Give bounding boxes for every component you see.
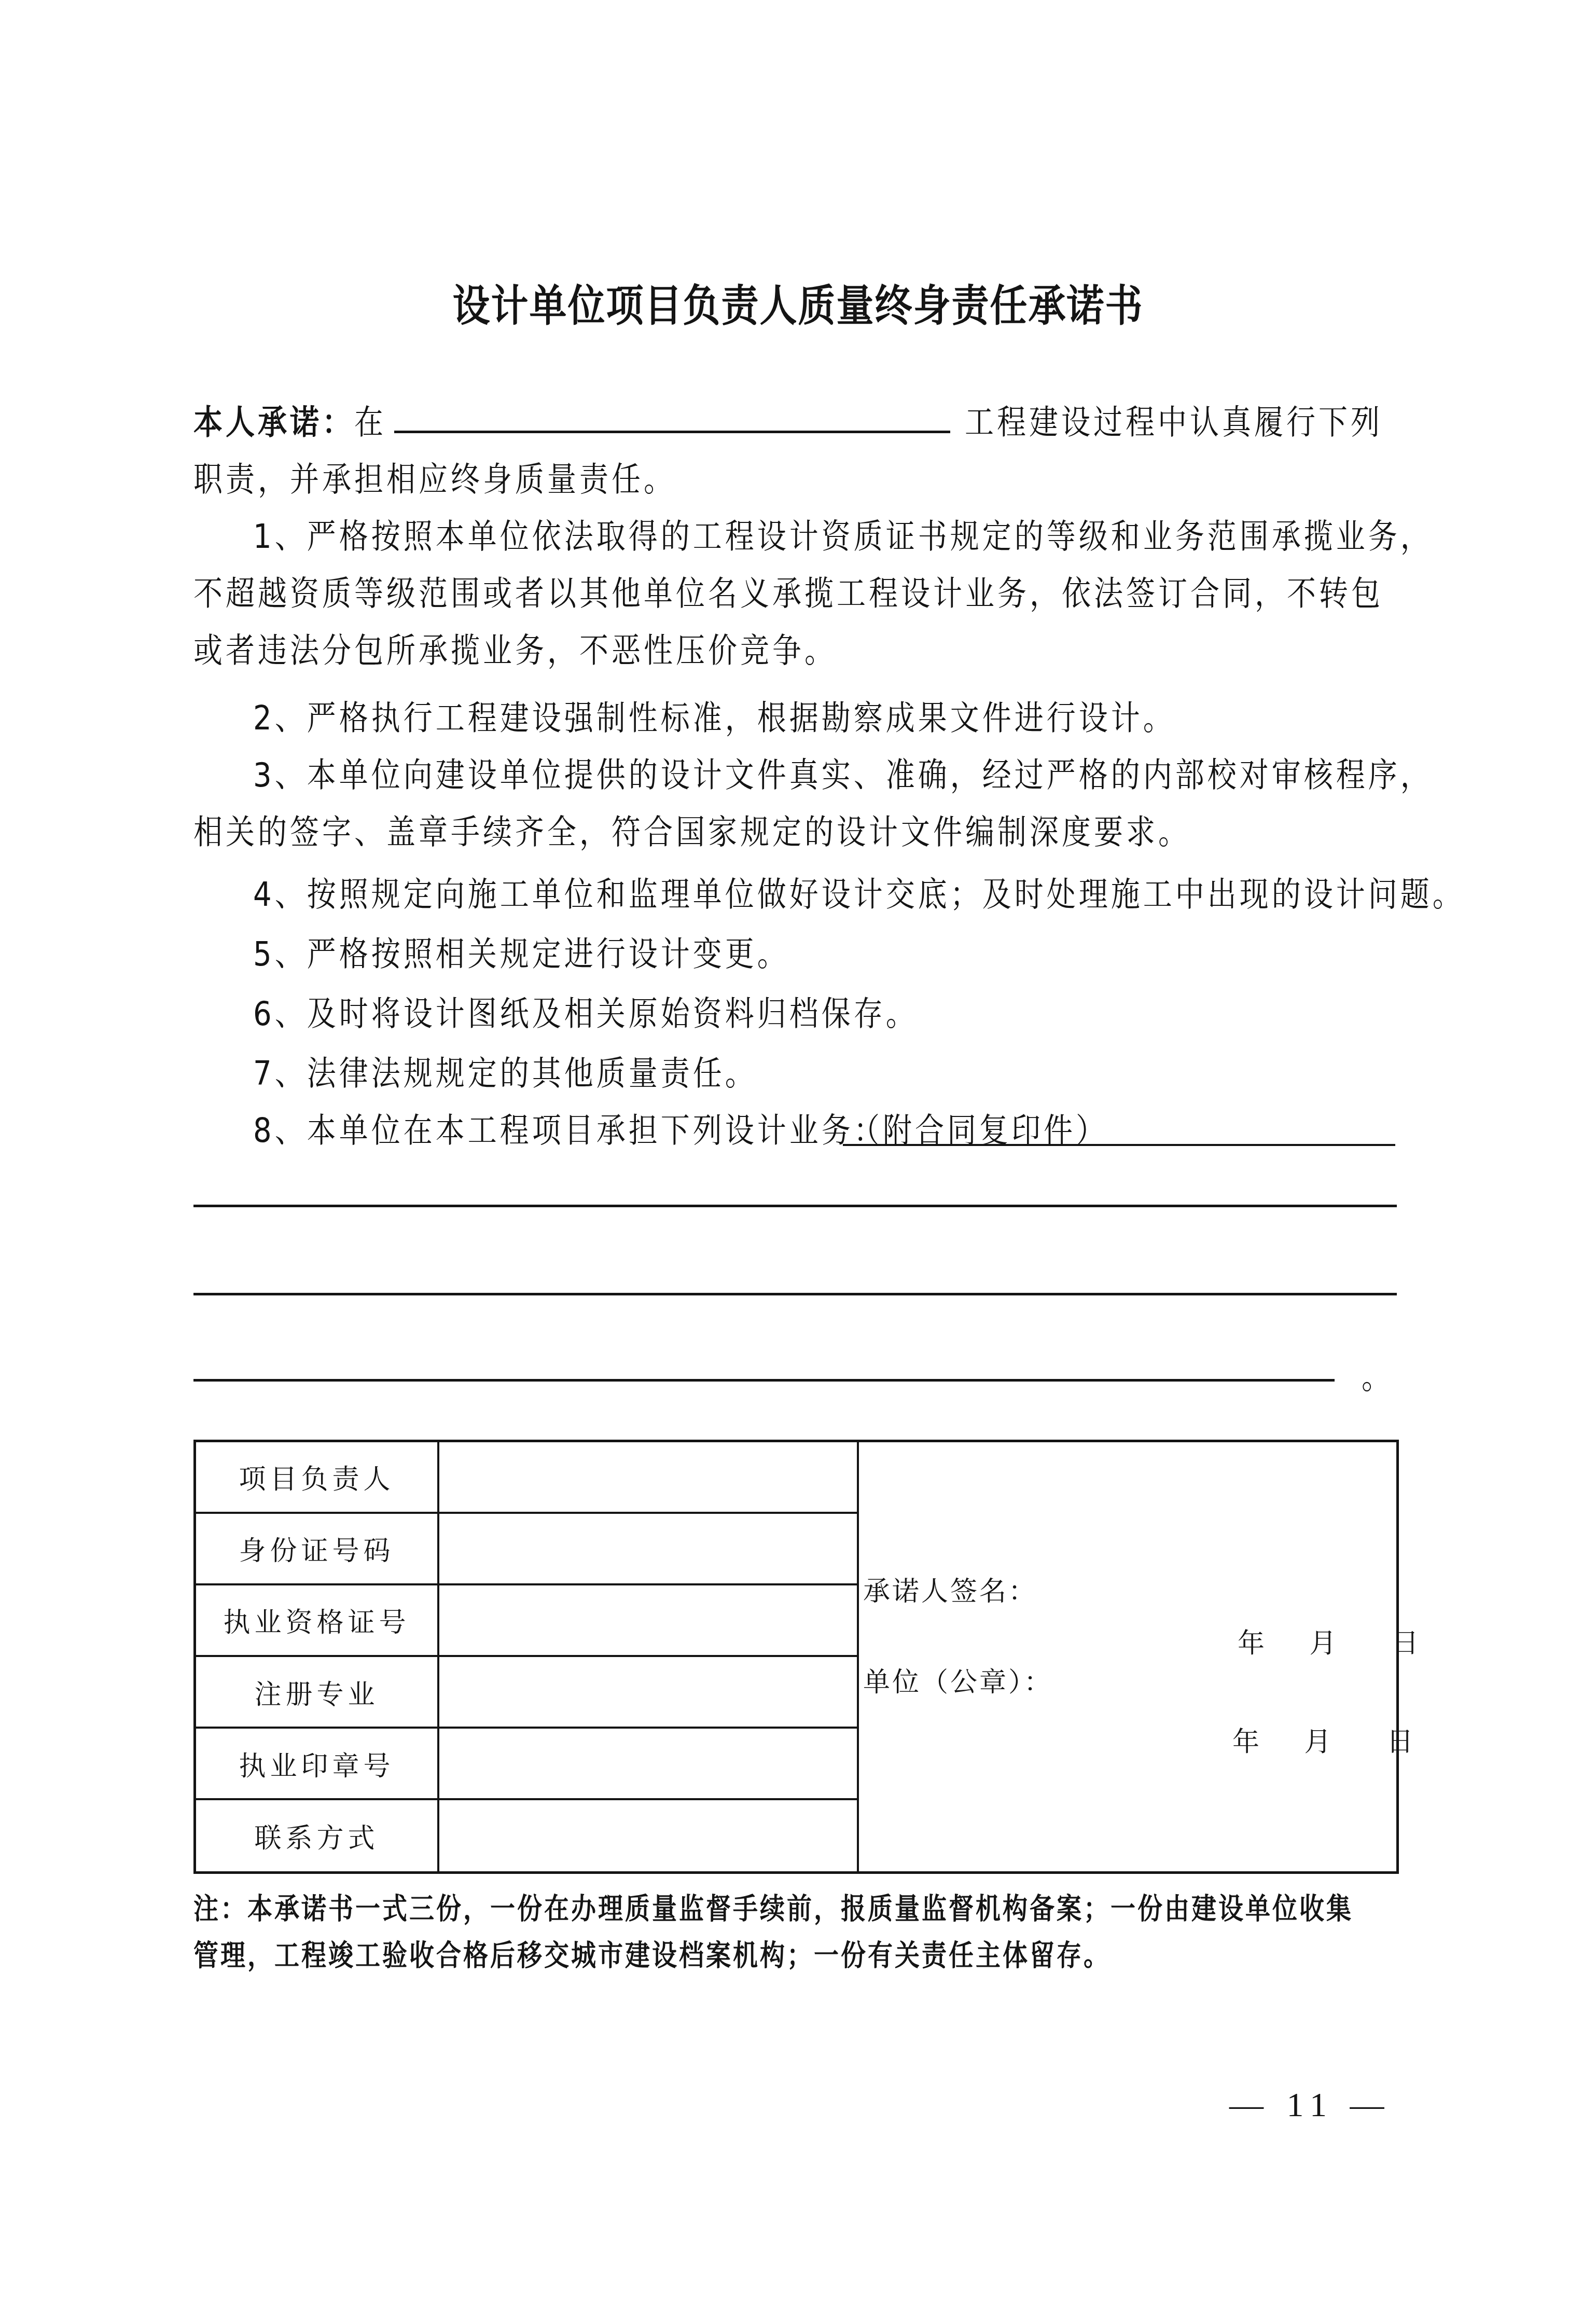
value-registered-specialty[interactable] bbox=[438, 1656, 858, 1728]
design-business-blank-4[interactable] bbox=[193, 1379, 1335, 1382]
blank-end-period: 。 bbox=[1362, 1357, 1394, 1399]
date-month: 月 bbox=[1310, 1621, 1337, 1660]
value-contact[interactable] bbox=[438, 1799, 858, 1872]
item-3-line-1: 3、本单位向建设单位提供的设计文件真实、准确，经过严格的内部校对审核程序， bbox=[253, 755, 1433, 797]
item-4-line-1: 4、按照规定向施工单位和监理单位做好设计交底；及时处理施工中出现的设计问题。 bbox=[253, 874, 1465, 916]
page-number: — 11 — bbox=[1229, 2086, 1392, 2125]
date-year: 年 bbox=[1232, 1720, 1259, 1759]
promiser-signature-date: 年 月 日 bbox=[1238, 1621, 1419, 1660]
table-row: 项目负责人 承诺人签名： 年 月 日 单位（公章）： 年 月 日 bbox=[195, 1441, 1398, 1513]
signature-cell[interactable]: 承诺人签名： 年 月 日 单位（公章）： 年 月 日 bbox=[858, 1441, 1398, 1873]
item-6-line-1: 6、及时将设计图纸及相关原始资料归档保存。 bbox=[253, 993, 918, 1036]
note-line-2: 管理，工程竣工验收合格后移交城市建设档案机构；一份有关责任主体留存。 bbox=[193, 1933, 1111, 1973]
promiser-signature-label: 承诺人签名： bbox=[863, 1569, 1037, 1608]
intro-suffix: 工程建设过程中认真履行下列 bbox=[965, 402, 1383, 444]
label-id-number: 身份证号码 bbox=[195, 1513, 439, 1584]
label-registered-specialty: 注册专业 bbox=[195, 1656, 439, 1728]
info-table: 项目负责人 承诺人签名： 年 月 日 单位（公章）： 年 月 日 身份证号码 bbox=[193, 1440, 1399, 1874]
unit-seal-label: 单位（公章）： bbox=[863, 1660, 1053, 1699]
label-practice-seal-number: 执业印章号 bbox=[195, 1728, 439, 1799]
date-day: 日 bbox=[1386, 1720, 1413, 1759]
item-8-line-1: 8、本单位在本工程项目承担下列设计业务： bbox=[253, 1110, 886, 1152]
note-line-1: 注：本承诺书一式三份，一份在办理质量监督手续前，报质量监督机构备案；一份由建设单… bbox=[193, 1886, 1353, 1927]
unit-seal-date: 年 月 日 bbox=[1232, 1720, 1413, 1759]
intro-line-1: 本人承诺：在 bbox=[193, 402, 386, 444]
date-month: 月 bbox=[1304, 1720, 1331, 1759]
item-2-line-1: 2、严格执行工程建设强制性标准，根据勘察成果文件进行设计。 bbox=[253, 698, 1175, 740]
attachment-note: （附合同复印件） bbox=[851, 1110, 1108, 1152]
intro-lead: 本人承诺： bbox=[193, 403, 354, 442]
item-5-line-1: 5、严格按照相关规定进行设计变更。 bbox=[253, 934, 789, 976]
label-qualification-cert: 执业资格证号 bbox=[195, 1584, 439, 1656]
item-1-line-2: 不超越资质等级范围或者以其他单位名义承揽工程设计业务，依法签订合同，不转包 bbox=[193, 573, 1383, 615]
item-7-line-1: 7、法律法规规定的其他质量责任。 bbox=[253, 1053, 757, 1095]
intro-prefix: 在 bbox=[354, 403, 386, 442]
date-day: 日 bbox=[1392, 1621, 1419, 1660]
item-1-line-3: 或者违法分包所承揽业务，不恶性压价竞争。 bbox=[193, 630, 837, 672]
label-project-leader: 项目负责人 bbox=[195, 1441, 439, 1513]
item-1-line-1: 1、严格按照本单位依法取得的工程设计资质证书规定的等级和业务范围承揽业务， bbox=[253, 516, 1433, 558]
date-year: 年 bbox=[1238, 1621, 1265, 1660]
label-contact: 联系方式 bbox=[195, 1799, 439, 1872]
project-name-blank[interactable] bbox=[394, 431, 950, 433]
value-practice-seal-number[interactable] bbox=[438, 1728, 858, 1799]
value-project-leader[interactable] bbox=[438, 1441, 858, 1513]
design-business-blank-3[interactable] bbox=[193, 1293, 1397, 1295]
item-3-line-2: 相关的签字、盖章手续齐全，符合国家规定的设计文件编制深度要求。 bbox=[193, 812, 1190, 854]
value-id-number[interactable] bbox=[438, 1513, 858, 1584]
intro-line-2: 职责，并承担相应终身质量责任。 bbox=[193, 459, 676, 501]
design-business-blank-2[interactable] bbox=[193, 1205, 1397, 1207]
value-qualification-cert[interactable] bbox=[438, 1584, 858, 1656]
document-title: 设计单位项目负责人质量终身责任承诺书 bbox=[0, 271, 1596, 333]
